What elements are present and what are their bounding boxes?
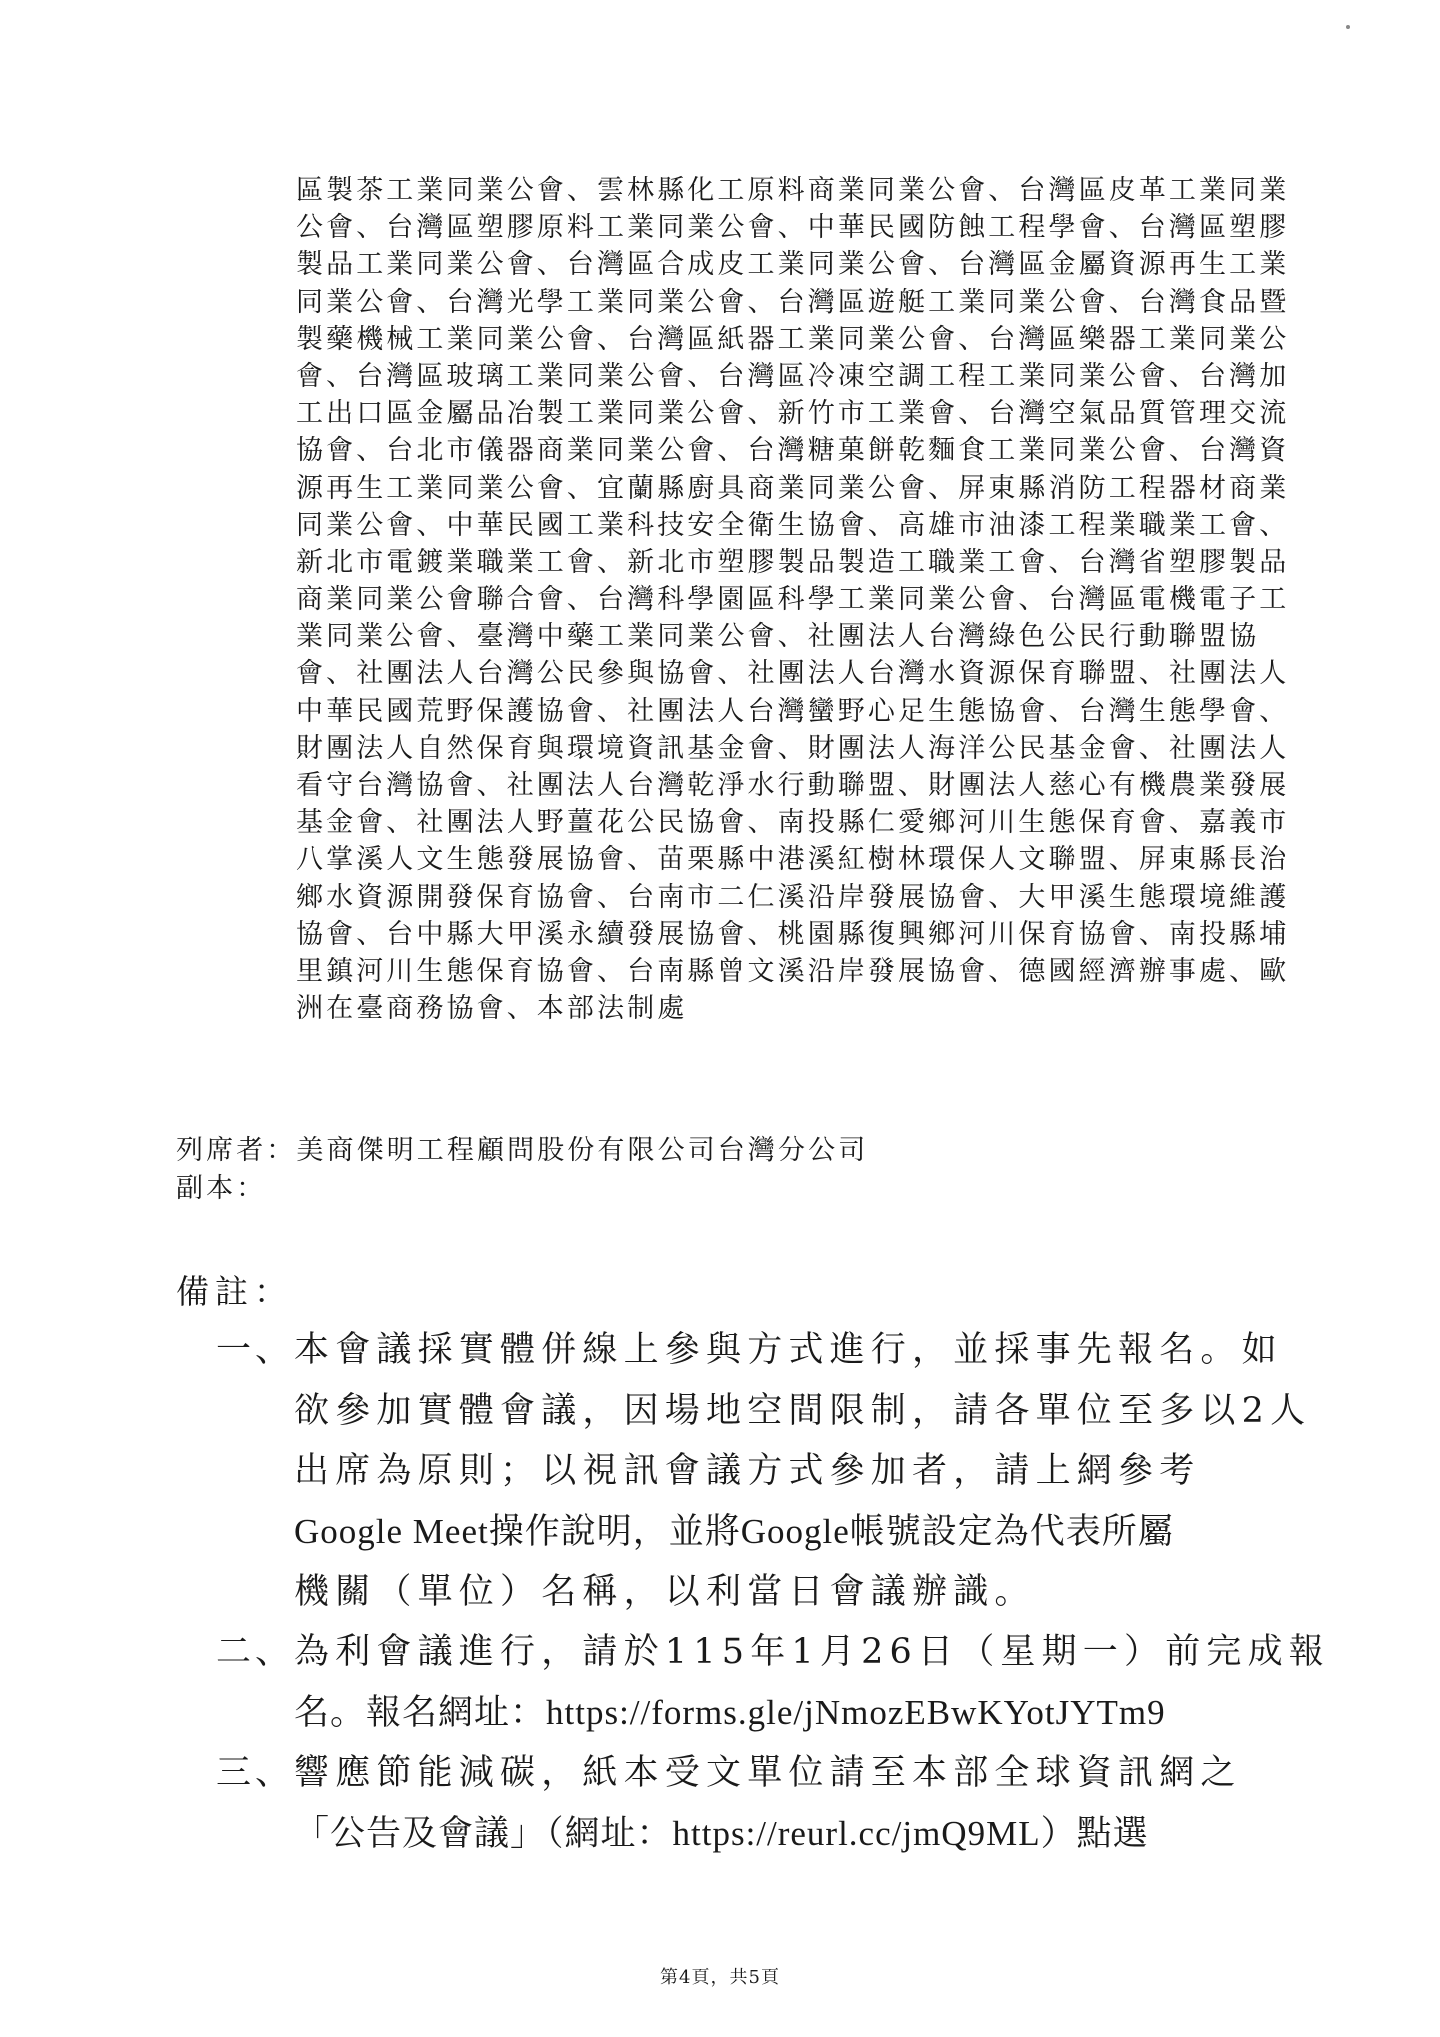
attendee-line: 列席者：美商傑明工程顧問股份有限公司台灣分公司 bbox=[176, 1132, 868, 1169]
remark-line: 機關（單位）名稱，以利當日會議辦識。 bbox=[294, 1562, 1276, 1623]
announcement-link-line: 「公告及會議」（網址：https://reurl.cc/jmQ9ML）點選 bbox=[294, 1804, 1276, 1865]
remark-number: 二、 bbox=[216, 1622, 294, 1682]
recipients-line: 八掌溪人文生態發展協會、苗栗縣中港溪紅樹林環保人文聯盟、屏東縣長治 bbox=[296, 841, 1256, 878]
remark-line: Google Meet操作說明，並將Google帳號設定為代表所屬 bbox=[294, 1502, 1276, 1563]
remark-line: 欲參加實體會議，因場地空間限制，請各單位至多以2人 bbox=[294, 1381, 1276, 1442]
recipients-line: 源再生工業同業公會、宜蘭縣廚具商業同業公會、屏東縣消防工程器材商業 bbox=[296, 470, 1256, 507]
recipients-line: 商業同業公會聯合會、台灣科學園區科學工業同業公會、台灣區電機電子工 bbox=[296, 581, 1256, 618]
remark-item-3: 三、 響應節能減碳，紙本受文單位請至本部全球資訊網之 「公告及會議」（網址：ht… bbox=[216, 1743, 1276, 1864]
cc-line: 副本： bbox=[176, 1170, 266, 1207]
recipients-line: 同業公會、台灣光學工業同業公會、台灣區遊艇工業同業公會、台灣食品暨 bbox=[296, 284, 1256, 321]
recipients-line: 協會、台中縣大甲溪永續發展協會、桃園縣復興鄉河川保育協會、南投縣埔 bbox=[296, 916, 1256, 953]
recipients-list: 區製茶工業同業公會、雲林縣化工原料商業同業公會、台灣區皮革工業同業 公會、台灣區… bbox=[296, 172, 1256, 1027]
recipients-line: 同業公會、中華民國工業科技安全衛生協會、高雄市油漆工程業職業工會、 bbox=[296, 507, 1256, 544]
remark-number: 三、 bbox=[216, 1743, 294, 1803]
recipients-line: 協會、台北市儀器商業同業公會、台灣糖菓餅乾麵食工業同業公會、台灣資 bbox=[296, 432, 1256, 469]
remark-line: 出席為原則；以視訊會議方式參加者，請上網參考 bbox=[294, 1441, 1276, 1502]
recipients-line: 洲在臺商務協會、本部法制處 bbox=[296, 990, 1256, 1027]
recipients-line: 製品工業同業公會、台灣區合成皮工業同業公會、台灣區金屬資源再生工業 bbox=[296, 246, 1256, 283]
recipients-line: 中華民國荒野保護協會、社團法人台灣蠻野心足生態協會、台灣生態學會、 bbox=[296, 693, 1256, 730]
remark-number: 一、 bbox=[216, 1320, 294, 1380]
recipients-line: 製藥機械工業同業公會、台灣區紙器工業同業公會、台灣區樂器工業同業公 bbox=[296, 321, 1256, 358]
recipients-line: 新北市電鍍業職業工會、新北市塑膠製品製造工職業工會、台灣省塑膠製品 bbox=[296, 544, 1256, 581]
recipients-line: 里鎮河川生態保育協會、台南縣曾文溪沿岸發展協會、德國經濟辦事處、歐 bbox=[296, 953, 1256, 990]
recipients-line: 看守台灣協會、社團法人台灣乾淨水行動聯盟、財團法人慈心有機農業發展 bbox=[296, 767, 1256, 804]
recipients-line: 財團法人自然保育與環境資訊基金會、財團法人海洋公民基金會、社團法人 bbox=[296, 730, 1256, 767]
remarks-title: 備註： bbox=[176, 1268, 293, 1316]
page-number-footer: 第4頁，共5頁 bbox=[0, 1966, 1440, 1990]
recipients-line: 業同業公會、臺灣中藥工業同業公會、社團法人台灣綠色公民行動聯盟協 bbox=[296, 618, 1256, 655]
recipients-line: 會、社團法人台灣公民參與協會、社團法人台灣水資源保育聯盟、社團法人 bbox=[296, 655, 1256, 692]
recipients-line: 區製茶工業同業公會、雲林縣化工原料商業同業公會、台灣區皮革工業同業 bbox=[296, 172, 1256, 209]
registration-link-line: 名。報名網址：https://forms.gle/jNmozEBwKYotJYT… bbox=[294, 1683, 1276, 1744]
scan-speck bbox=[1346, 25, 1350, 29]
remark-line: 為利會議進行，請於115年1月26日（星期一）前完成報 bbox=[294, 1622, 1276, 1683]
recipients-line: 工出口區金屬品冶製工業同業公會、新竹市工業會、台灣空氣品質管理交流 bbox=[296, 395, 1256, 432]
remark-item-2: 二、 為利會議進行，請於115年1月26日（星期一）前完成報 名。報名網址：ht… bbox=[216, 1622, 1276, 1743]
remark-line: 本會議採實體併線上參與方式進行，並採事先報名。如 bbox=[294, 1320, 1276, 1381]
remark-item-1: 一、 本會議採實體併線上參與方式進行，並採事先報名。如 欲參加實體會議，因場地空… bbox=[216, 1320, 1276, 1623]
recipients-line: 鄉水資源開發保育協會、台南市二仁溪沿岸發展協會、大甲溪生態環境維護 bbox=[296, 879, 1256, 916]
recipients-line: 公會、台灣區塑膠原料工業同業公會、中華民國防蝕工程學會、台灣區塑膠 bbox=[296, 209, 1256, 246]
remark-line: 響應節能減碳，紙本受文單位請至本部全球資訊網之 bbox=[294, 1743, 1276, 1804]
recipients-line: 基金會、社團法人野薑花公民協會、南投縣仁愛鄉河川生態保育會、嘉義市 bbox=[296, 804, 1256, 841]
recipients-line: 會、台灣區玻璃工業同業公會、台灣區冷凍空調工程工業同業公會、台灣加 bbox=[296, 358, 1256, 395]
